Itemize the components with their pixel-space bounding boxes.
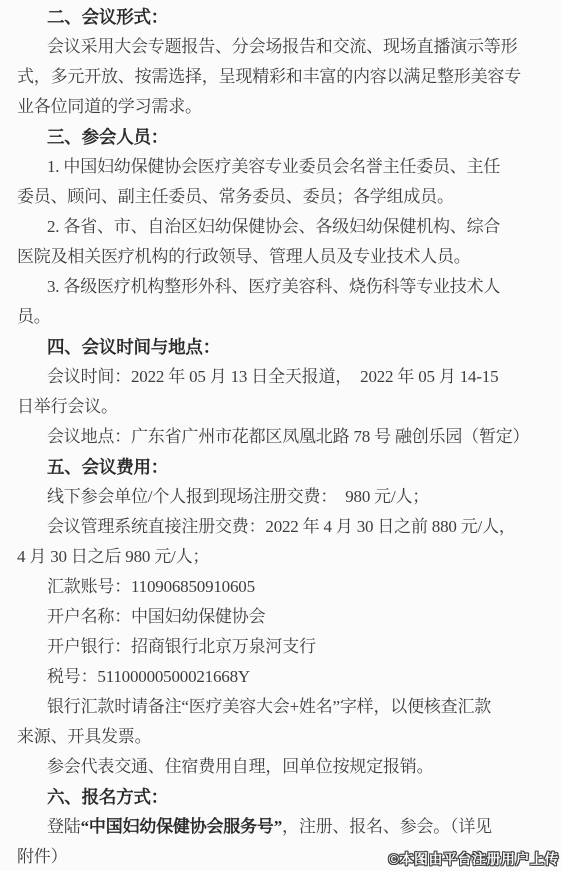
text-line: 参会代表交通、住宿费用自理，回单位按规定报销。 [17,752,545,782]
text-line: 式，多元开放、按需选择，呈现精彩和丰富的内容以满足整形美容专 [17,62,545,92]
text-line: 开户名称：中国妇幼保健协会 [17,602,545,632]
section-heading: 四、会议时间与地点： [17,332,545,362]
text-segment: ，注册、报名、参会。（详见 [282,817,492,836]
text-line: 汇款账号：110906850910605 [17,572,545,602]
text-line: 银行汇款时请备注“医疗美容大会+姓名”字样，以便核查汇款 [17,692,545,722]
bold-text-segment: “中国妇幼保健协会服务号” [81,817,282,836]
section-heading: 六、报名方式： [17,782,545,812]
text-line: 会议地点：广东省广州市花都区凤凰北路 78 号 融创乐园（暂定） [17,422,545,452]
text-line: 2. 各省、市、自治区妇幼保健协会、各级妇幼保健机构、综合 [17,212,545,242]
text-line: 1. 中国妇幼保健协会医疗美容专业委员会名誉主任委员、主任 [17,152,545,182]
text-line: 税号：51100000500021668Y [17,662,545,692]
text-segment: 登陆 [47,817,81,836]
text-line: 登陆“中国妇幼保健协会服务号”，注册、报名、参会。（详见 [17,812,545,842]
text-line: 3. 各级医疗机构整形外科、医疗美容科、烧伤科等专业技术人 [17,272,545,302]
text-line: 开户银行：招商银行北京万泉河支行 [17,632,545,662]
text-line: 线下参会单位/个人报到现场注册交费： 980 元/人； [17,482,545,512]
text-line: 会议管理系统直接注册交费：2022 年 4 月 30 日之前 880 元/人， [17,512,545,542]
text-line: 会议时间：2022 年 05 月 13 日全天报道， 2022 年 05 月 1… [17,362,545,392]
text-line: 员。 [17,302,545,332]
watermark: ©本图由平台注册用户上传 [389,849,559,869]
section-heading: 三、参会人员： [17,122,545,152]
section-heading: 二、会议形式： [17,2,545,32]
text-line: 会议采用大会专题报告、分会场报告和交流、现场直播演示等形 [17,32,545,62]
text-line: 医院及相关医疗机构的行政领导、管理人员及专业技术人员。 [17,242,545,272]
text-line: 业各位同道的学习需求。 [17,92,545,122]
text-line: 4 月 30 日之后 980 元/人； [17,542,545,572]
document-body: 二、会议形式：会议采用大会专题报告、分会场报告和交流、现场直播演示等形式，多元开… [0,0,562,871]
text-line: 来源、开具发票。 [17,722,545,752]
section-heading: 五、会议费用： [17,452,545,482]
text-line: 委员、顾问、副主任委员、常务委员、委员；各学组成员。 [17,182,545,212]
text-line: 日举行会议。 [17,392,545,422]
document-page: 二、会议形式：会议采用大会专题报告、分会场报告和交流、现场直播演示等形式，多元开… [0,0,562,871]
